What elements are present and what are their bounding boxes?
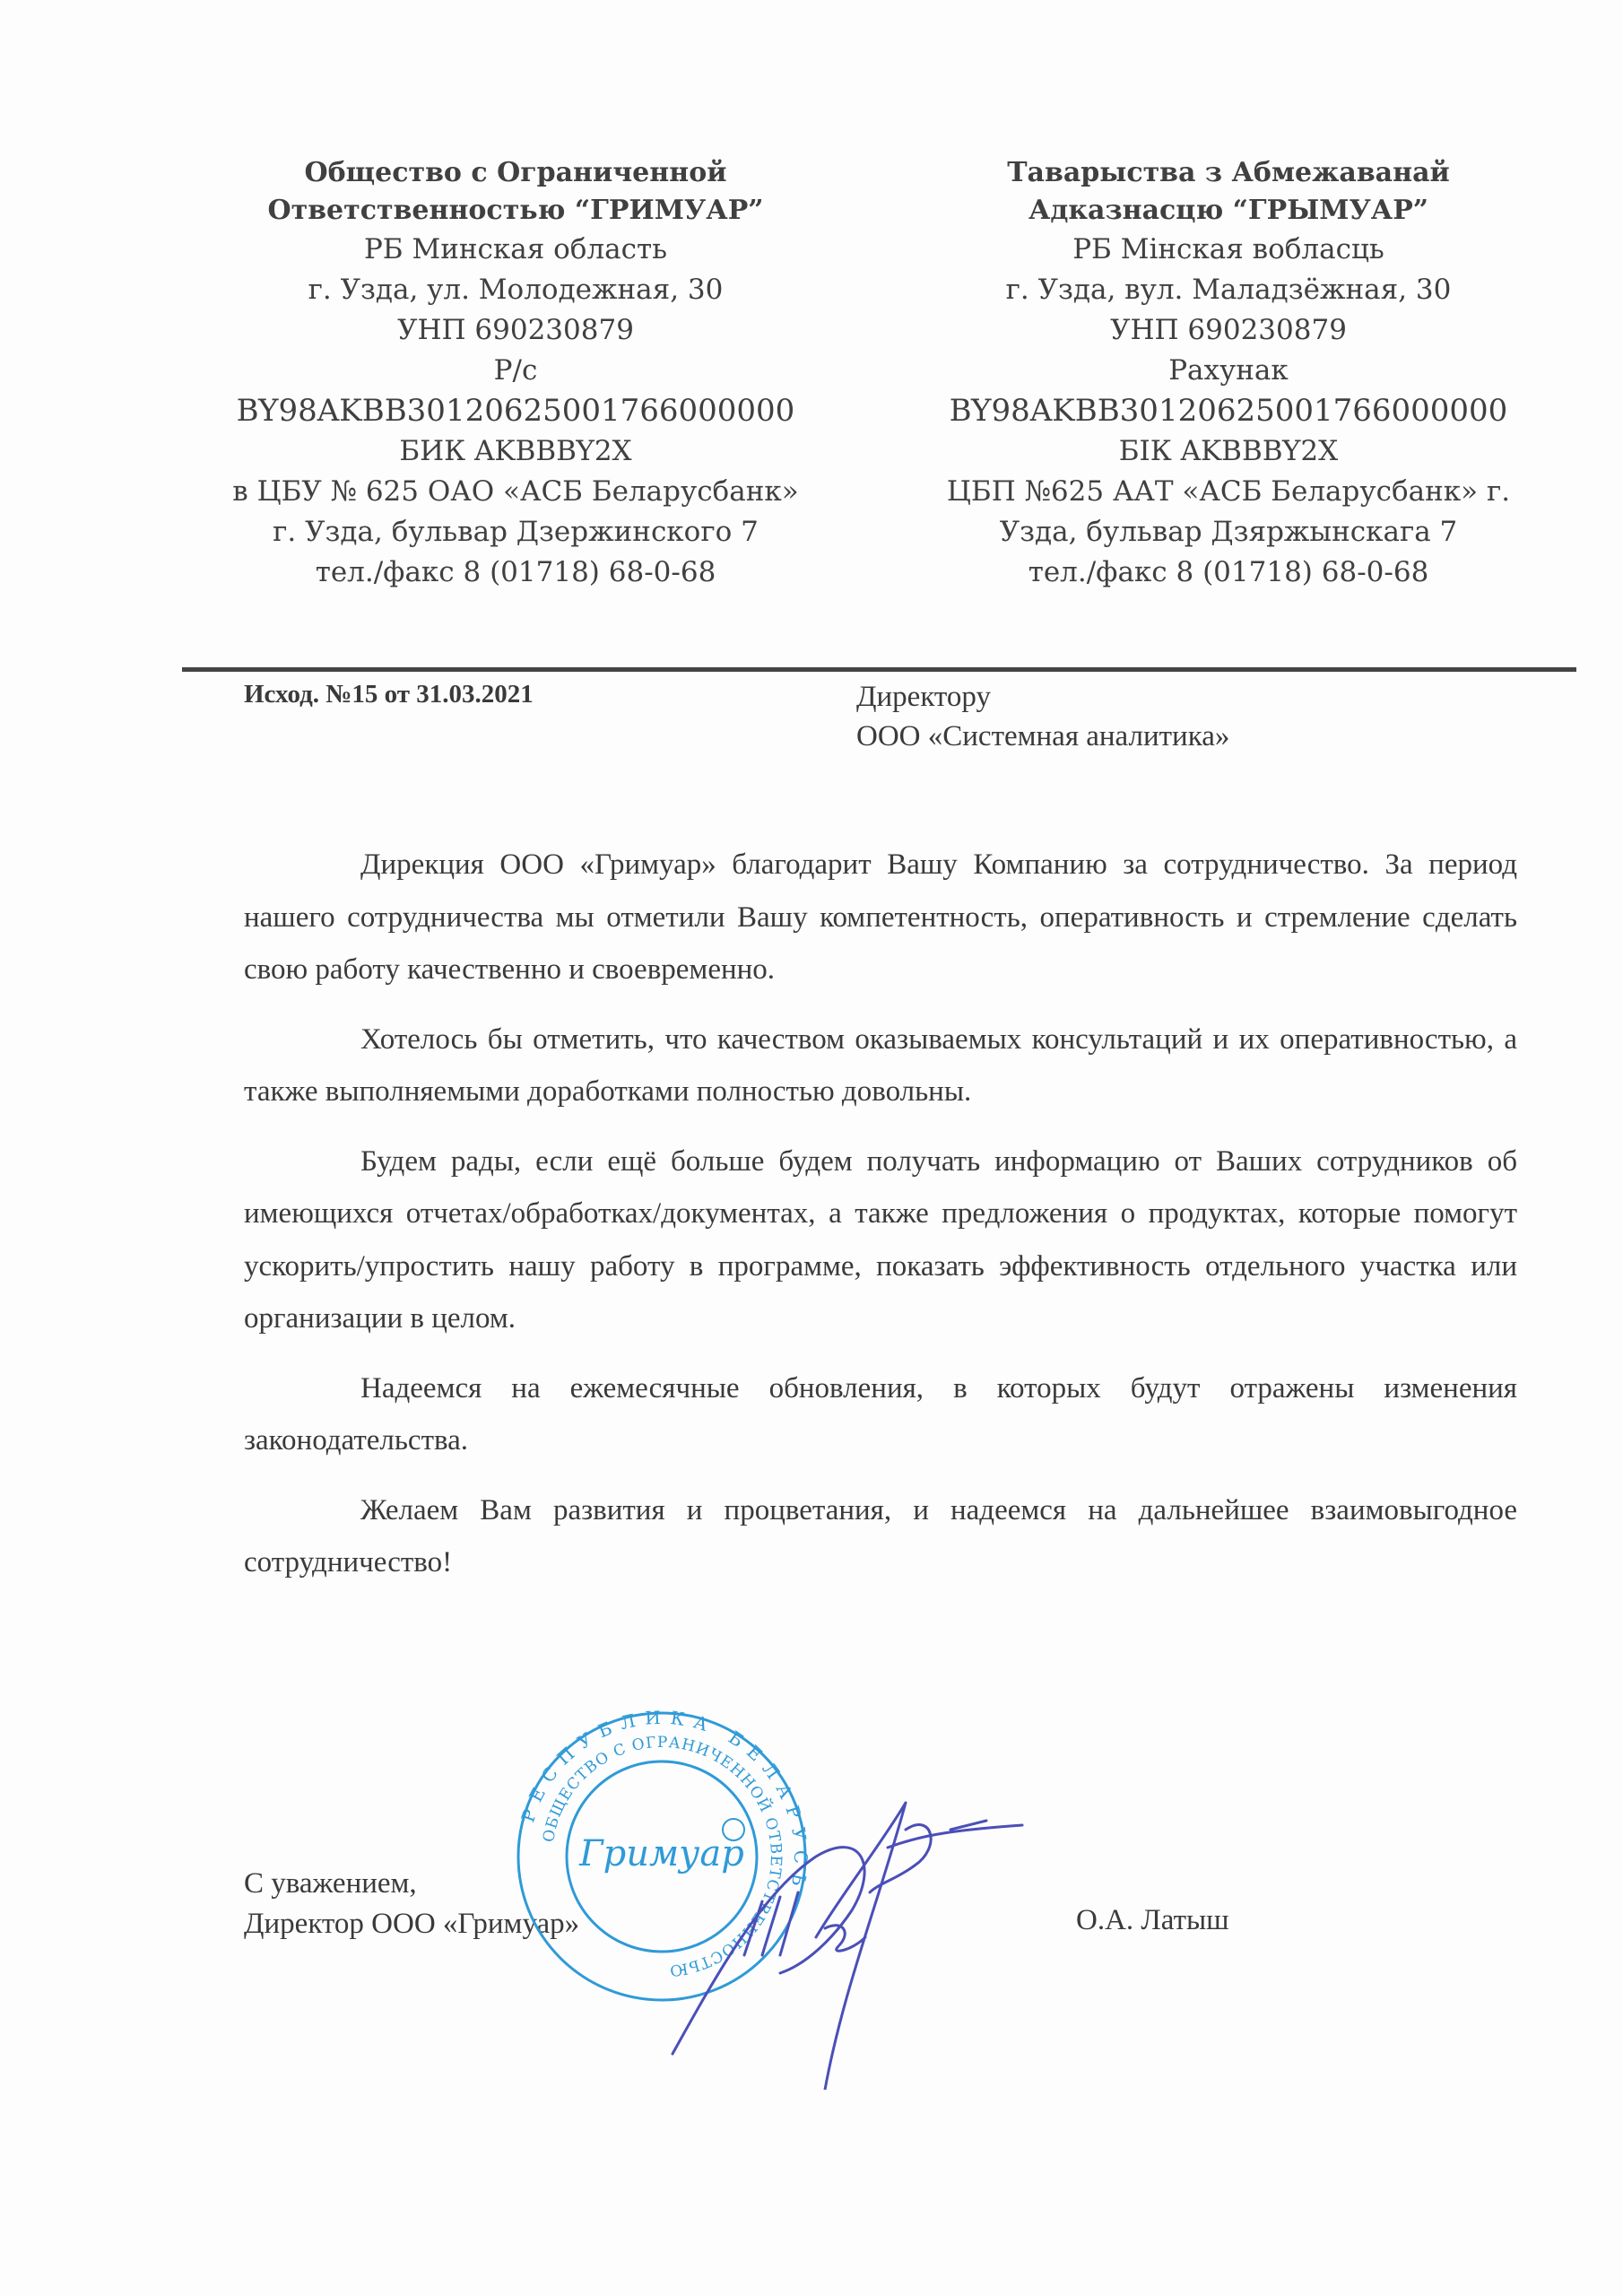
account-number: BY98AKBB30120625001766000000 xyxy=(179,391,852,431)
bank-bic: БИК AKBBBY2X xyxy=(179,431,852,472)
company-region: РБ Мінская вобласць xyxy=(888,230,1569,270)
body-paragraph: Дирекция ООО «Гримуар» благодарит Вашу К… xyxy=(244,839,1517,996)
letterhead-belarusian: Таварыства з Абмежаванай Адказнасцю “ГРЫ… xyxy=(888,154,1569,593)
letterhead-russian: Общество с Ограниченной Ответственностью… xyxy=(179,154,852,593)
bank-name: ЦБП №625 ААТ «АСБ Беларусбанк» г. xyxy=(888,472,1569,512)
signature-icon xyxy=(664,1794,1058,2090)
company-address: г. Узда, вул. Маладзёжная, 30 xyxy=(888,270,1569,310)
company-unp: УНП 690230879 xyxy=(888,310,1569,351)
addressee-title: Директору xyxy=(856,677,1229,717)
bank-bic: БІК AKBBBY2X xyxy=(888,431,1569,472)
company-name-line-1: Общество с Ограниченной xyxy=(179,154,852,192)
body-paragraph: Желаем Вам развития и процветания, и над… xyxy=(244,1484,1517,1589)
company-phone: тел./факс 8 (01718) 68-0-68 xyxy=(888,552,1569,593)
bank-address: г. Узда, бульвар Дзержинского 7 xyxy=(179,512,852,552)
company-name-line-2: Адказнасцю “ГРЫМУАР” xyxy=(888,192,1569,230)
addressee-company: ООО «Системная аналитика» xyxy=(856,717,1229,756)
company-phone: тел./факс 8 (01718) 68-0-68 xyxy=(179,552,852,593)
body-paragraph: Будем рады, если ещё больше будем получа… xyxy=(244,1135,1517,1345)
company-unp: УНП 690230879 xyxy=(179,310,852,351)
body-paragraph: Надеемся на ежемесячные обновления, в ко… xyxy=(244,1362,1517,1467)
letter-body: Дирекция ООО «Гримуар» благодарит Вашу К… xyxy=(244,839,1517,1606)
company-name-line-2: Ответственностью “ГРИМУАР” xyxy=(179,192,852,230)
company-name-line-1: Таварыства з Абмежаванай xyxy=(888,154,1569,192)
letterhead-divider xyxy=(182,667,1576,672)
account-number: BY98AKBB30120625001766000000 xyxy=(888,391,1569,431)
account-label: Рахунак xyxy=(888,351,1569,391)
company-address: г. Узда, ул. Молодежная, 30 xyxy=(179,270,852,310)
bank-name: в ЦБУ № 625 ОАО «АСБ Беларусбанк» xyxy=(179,472,852,512)
bank-address: Узда, бульвар Дзяржынскага 7 xyxy=(888,512,1569,552)
company-region: РБ Минская область xyxy=(179,230,852,270)
account-label: Р/с xyxy=(179,351,852,391)
body-paragraph: Хотелось бы отметить, что качеством оказ… xyxy=(244,1013,1517,1118)
signer-name: О.А. Латыш xyxy=(1076,1904,1229,1937)
outgoing-number: Исход. №15 от 31.03.2021 xyxy=(244,680,534,709)
addressee: Директору ООО «Системная аналитика» xyxy=(856,677,1229,756)
